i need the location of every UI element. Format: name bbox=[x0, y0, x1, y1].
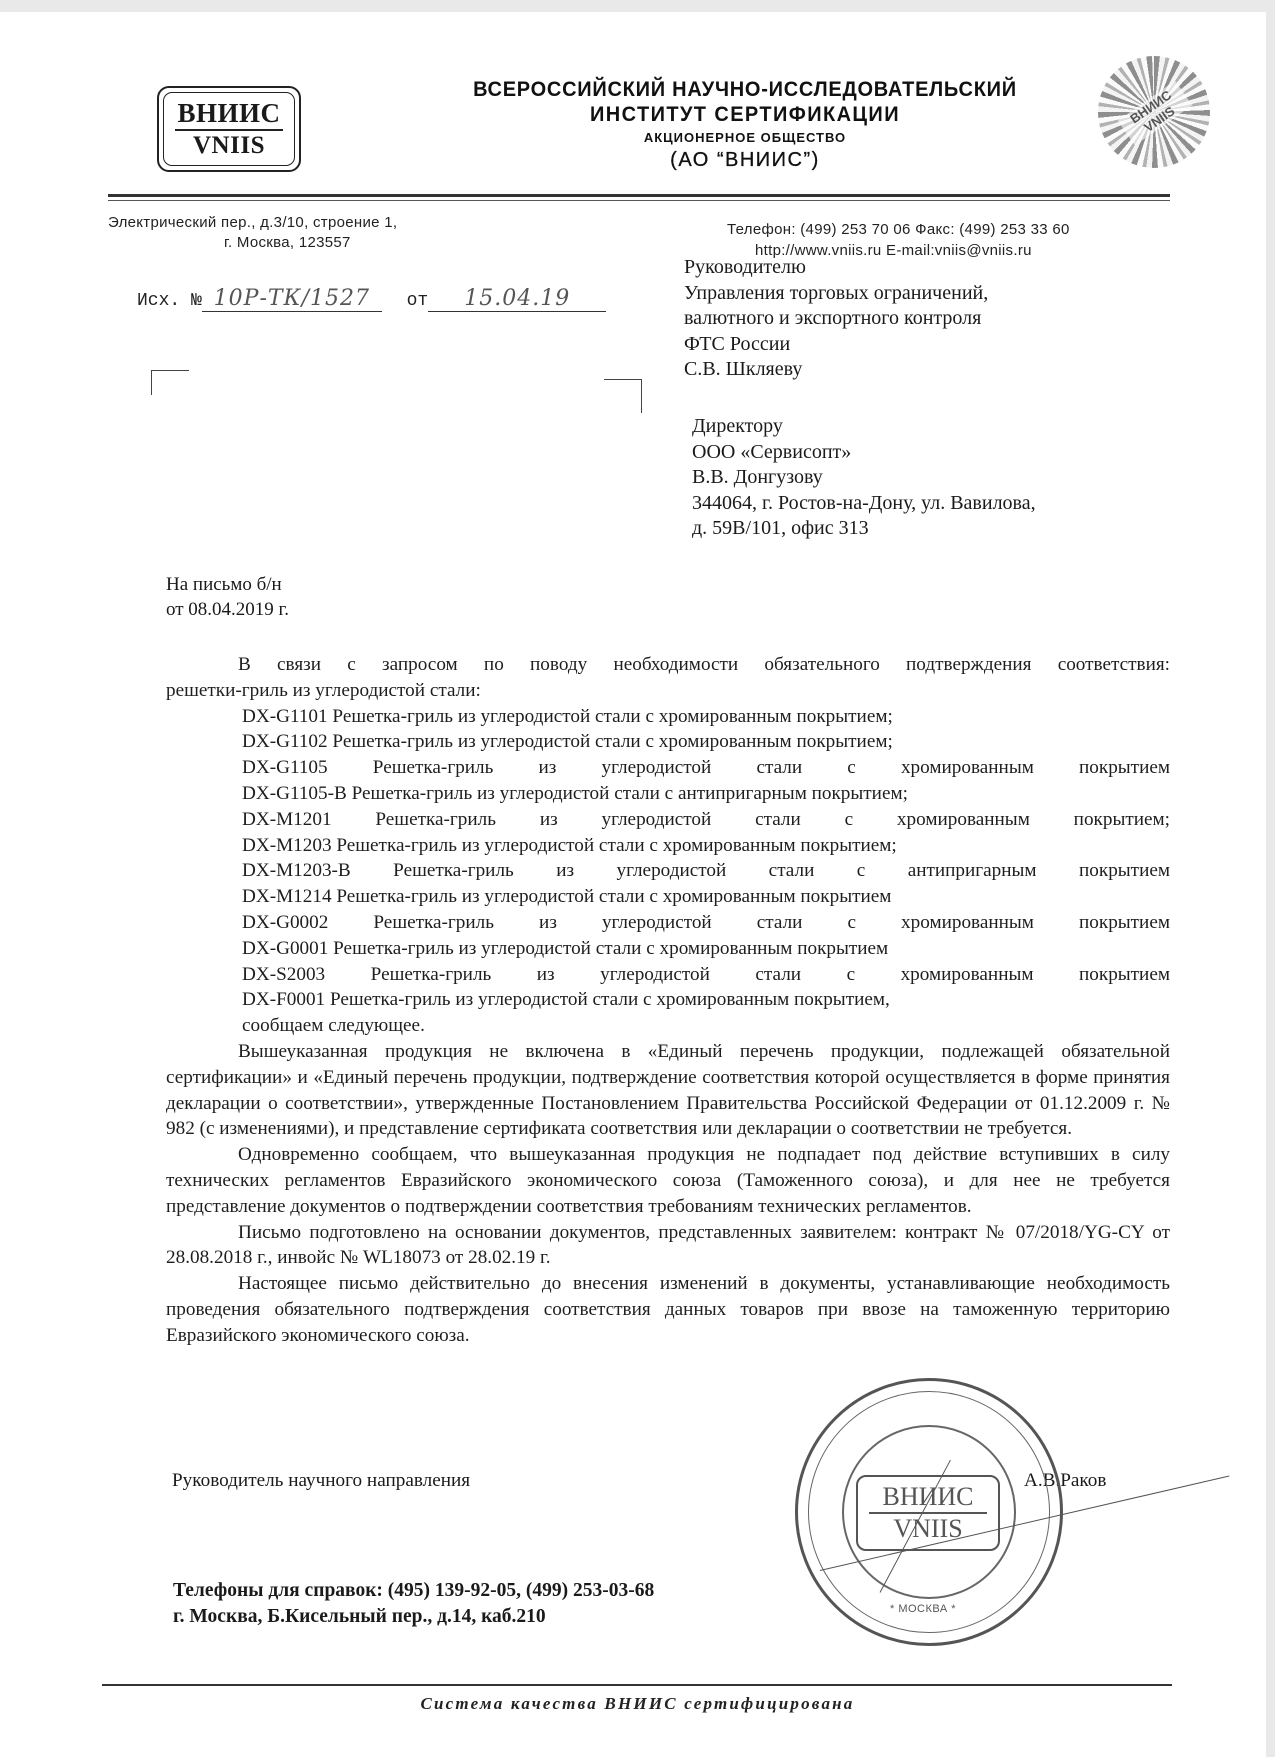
intro-continuation: решетки-гриль из углеродистой стали: bbox=[166, 678, 1170, 704]
paragraph-technical-regulations: Одновременно сообщаем, что вышеуказанная… bbox=[166, 1142, 1170, 1219]
sender-address-line2: г. Москва, 123557 bbox=[224, 234, 351, 251]
sender-address-line1: Электрический пер., д.3/10, строение 1, bbox=[108, 214, 397, 231]
org-type: АКЦИОНЕРНОЕ ОБЩЕСТВО bbox=[400, 129, 1090, 147]
recipient-line: ФТС России bbox=[684, 332, 988, 358]
corner-mark-right bbox=[604, 379, 642, 413]
quality-system-motto: Система качества ВНИИС сертифицирована bbox=[0, 1694, 1275, 1714]
paragraph-not-in-lists: Вышеуказанная продукция не включена в «Е… bbox=[166, 1039, 1170, 1142]
official-stamp: ВНИИС VNIIS * МОСКВА * ВСЕРОССИЙСКИЙ НАУ… bbox=[795, 1378, 1063, 1646]
outgoing-number-label: Исх. № bbox=[137, 291, 202, 311]
contact-address: г. Москва, Б.Кисельный пер., д.14, каб.2… bbox=[173, 1606, 546, 1628]
product-item: DX-F0001 Решетка-гриль из углеродистой с… bbox=[242, 987, 1170, 1013]
product-item: DX-M1214 Решетка-гриль из углеродистой с… bbox=[242, 884, 1170, 910]
recipient-line: 344064, г. Ростов-на-Дону, ул. Вавилова, bbox=[692, 491, 1036, 517]
stamp-text-ru: ВНИИС bbox=[882, 1483, 973, 1511]
recipient-line: С.В. Шкляеву bbox=[684, 357, 988, 383]
recipient-line: В.В. Донгузову bbox=[692, 465, 1036, 491]
product-item: DX-S2003 Решетка-гриль из углеродистой с… bbox=[242, 962, 1170, 988]
recipient-line: валютного и экспортного контроля bbox=[684, 306, 988, 332]
paragraph-validity: Настоящее письмо действительно до внесен… bbox=[166, 1271, 1170, 1348]
reference-line: На письмо б/н bbox=[166, 572, 289, 597]
logo-text-ru: ВНИИС bbox=[177, 99, 280, 127]
recipient-block-company: Директору ООО «Сервисопт» В.В. Донгузову… bbox=[692, 414, 1036, 542]
header-divider bbox=[108, 194, 1170, 197]
outgoing-date-label: от bbox=[407, 291, 429, 311]
logo-text-en: VNIIS bbox=[193, 133, 265, 159]
recipient-line: Управления торговых ограничений, bbox=[684, 281, 988, 307]
product-item: DX-G1105-B Решетка-гриль из углеродистой… bbox=[242, 781, 1170, 807]
header-divider-thin bbox=[108, 200, 1170, 201]
product-item: DX-M1201 Решетка-гриль из углеродистой с… bbox=[242, 807, 1170, 833]
stamp-logo: ВНИИС VNIIS bbox=[856, 1475, 1000, 1551]
product-item: DX-M1203 Решетка-гриль из углеродистой с… bbox=[242, 833, 1170, 859]
corner-mark-left bbox=[151, 370, 189, 395]
recipient-line: д. 59В/101, офис 313 bbox=[692, 516, 1036, 542]
product-item: DX-G0002 Решетка-гриль из углеродистой с… bbox=[242, 910, 1170, 936]
outgoing-date: 15.04.19 bbox=[428, 286, 606, 312]
product-item: DX-G1105 Решетка-гриль из углеродистой с… bbox=[242, 755, 1170, 781]
contact-phones: Телефоны для справок: (495) 139-92-05, (… bbox=[173, 1580, 654, 1602]
letter-body: В связи с запросом по поводу необходимос… bbox=[166, 652, 1170, 1349]
intro-paragraph: В связи с запросом по поводу необходимос… bbox=[166, 652, 1170, 678]
reference-line: от 08.04.2019 г. bbox=[166, 597, 289, 622]
recipient-line: Руководителю bbox=[684, 255, 988, 281]
product-item: DX-G1102 Решетка-гриль из углеродистой с… bbox=[242, 729, 1170, 755]
incoming-letter-reference: На письмо б/н от 08.04.2019 г. bbox=[166, 572, 289, 622]
intro-ending: сообщаем следующее. bbox=[242, 1013, 1170, 1039]
footer-divider bbox=[102, 1684, 1172, 1686]
recipient-line: Директору bbox=[692, 414, 1036, 440]
org-name-line2: ИНСТИТУТ СЕРТИФИКАЦИИ bbox=[424, 102, 1066, 127]
org-name-line1: ВСЕРОССИЙСКИЙ НАУЧНО-ИССЛЕДОВАТЕЛЬСКИЙ bbox=[424, 76, 1066, 102]
stamp-city: * МОСКВА * bbox=[890, 1603, 956, 1615]
product-item: DX-G1101 Решетка-гриль из углеродистой с… bbox=[242, 704, 1170, 730]
recipient-block-fts: Руководителю Управления торговых огранич… bbox=[684, 255, 988, 383]
organization-header: ВСЕРОССИЙСКИЙ НАУЧНО-ИССЛЕДОВАТЕЛЬСКИЙ И… bbox=[400, 76, 1090, 173]
product-item: DX-M1203-B Решетка-гриль из углеродистой… bbox=[242, 858, 1170, 884]
letter-page: ВНИИС VNIIS ВСЕРОССИЙСКИЙ НАУЧНО-ИССЛЕДО… bbox=[0, 12, 1266, 1757]
signatory-position: Руководитель научного направления bbox=[172, 1468, 470, 1494]
org-short-name: (АО “ВНИИС”) bbox=[400, 147, 1090, 173]
paragraph-basis-documents: Письмо подготовлено на основании докумен… bbox=[166, 1220, 1170, 1272]
logo-divider bbox=[175, 129, 283, 131]
sender-contacts-phone: Телефон: (499) 253 70 06 Факс: (499) 253… bbox=[727, 221, 1070, 238]
vniis-logo: ВНИИС VNIIS bbox=[157, 86, 301, 172]
recipient-line: ООО «Сервисопт» bbox=[692, 440, 1036, 466]
outgoing-number: 10Р-ТК/1527 bbox=[202, 286, 382, 312]
outgoing-reference: Исх. №10Р-ТК/1527 от15.04.19 bbox=[137, 286, 606, 312]
product-item: DX-G0001 Решетка-гриль из углеродистой с… bbox=[242, 936, 1170, 962]
